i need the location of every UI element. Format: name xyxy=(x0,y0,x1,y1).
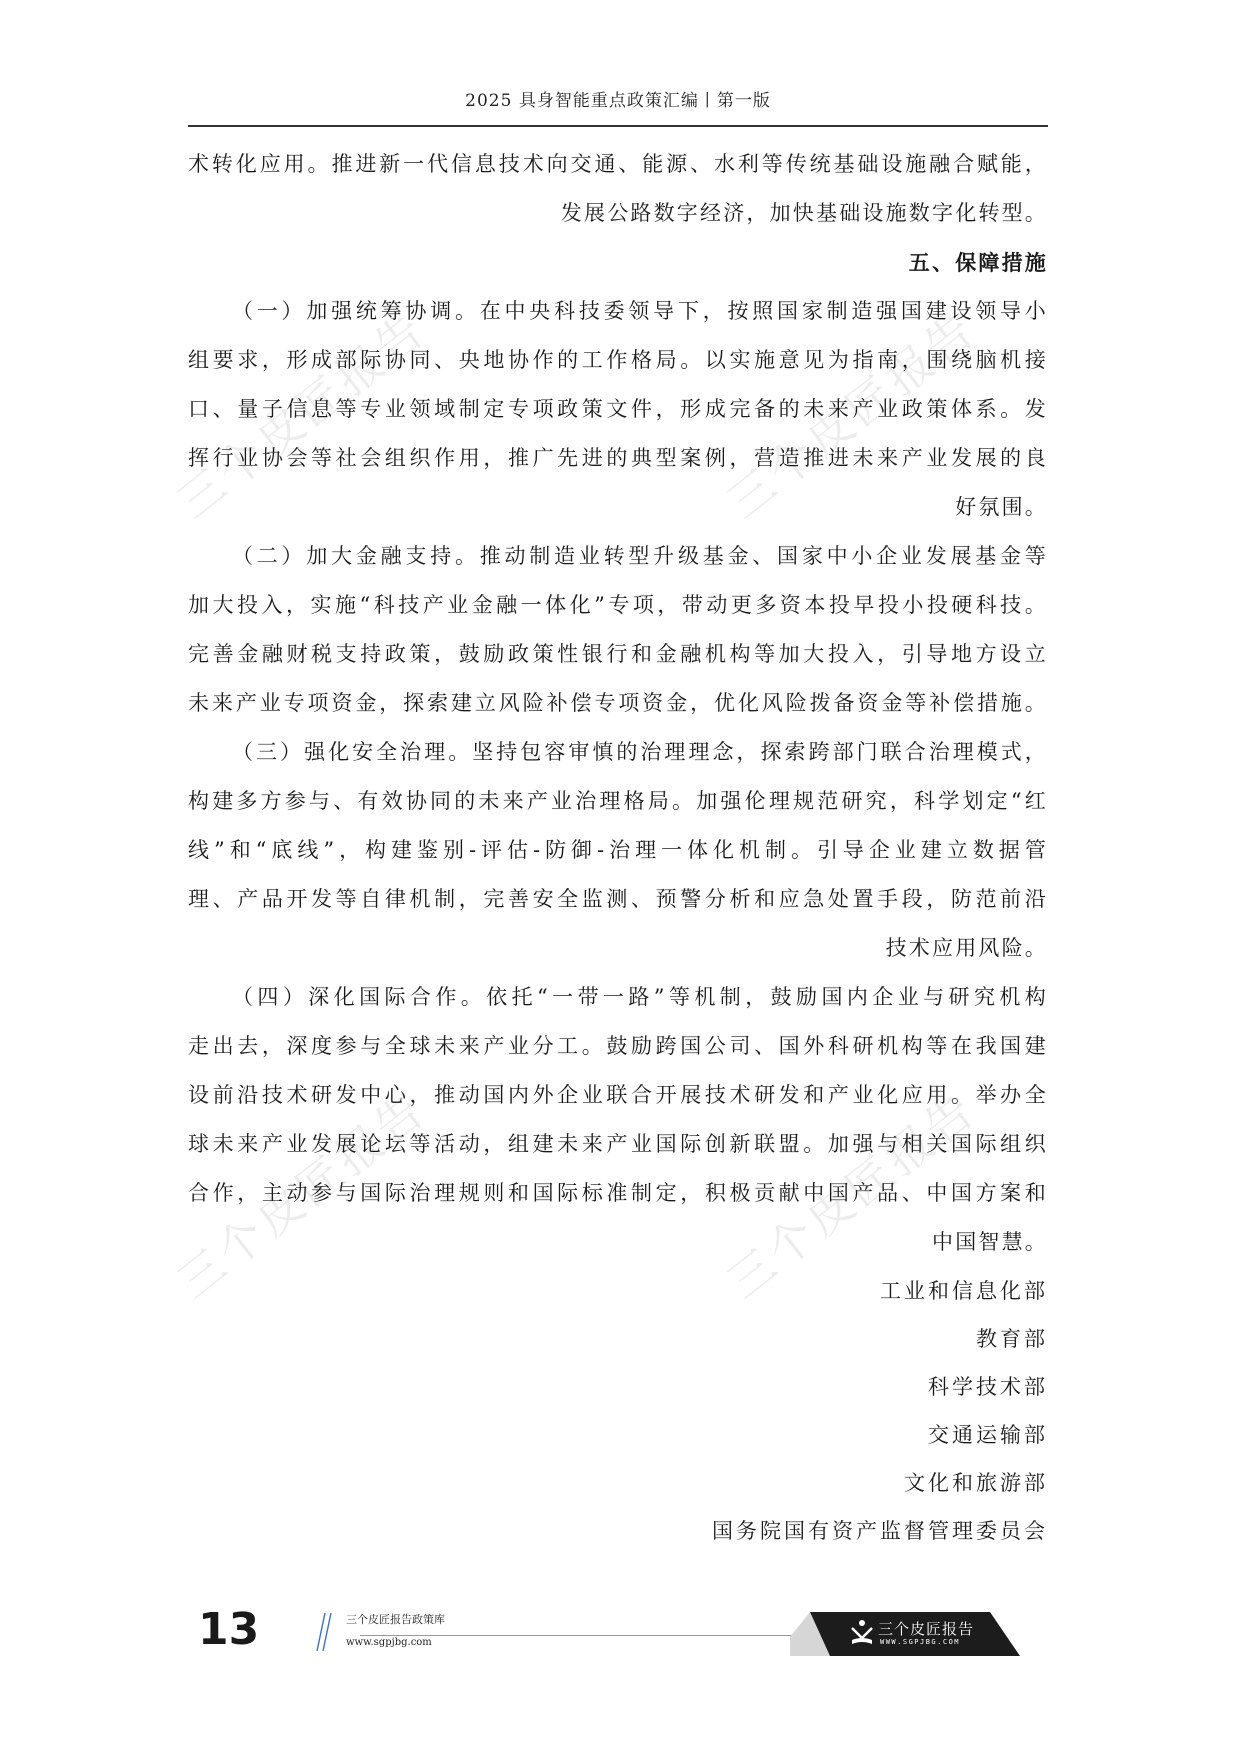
text-line: （四）深化国际合作。依托“一带一路”等机制，鼓励国内企业与研究机构 xyxy=(188,973,1048,1022)
running-header: 2025 具身智能重点政策汇编丨第一版 xyxy=(188,86,1048,111)
page-number: 13 xyxy=(198,1604,259,1655)
paragraph-finance: （二）加大金融支持。推动制造业转型升级基金、国家中小企业发展基金等 加大投入，实… xyxy=(188,532,1048,728)
signatory: 工业和信息化部 xyxy=(188,1267,1048,1315)
text-line: （一）加强统筹协调。在中央科技委领导下，按照国家制造强国建设领导小 xyxy=(188,287,1048,336)
text-line: 合作，主动参与国际治理规则和国际标准制定，积极贡献中国产品、中国方案和 xyxy=(188,1169,1048,1218)
paragraph-safety: （三）强化安全治理。坚持包容审慎的治理理念，探索跨部门联合治理模式， 构建多方参… xyxy=(188,728,1048,973)
text-line: 完善金融财税支持政策，鼓励政策性银行和金融机构等加大投入，引导地方设立 xyxy=(188,630,1048,679)
text-line: 口、量子信息等专业领域制定专项政策文件，形成完备的未来产业政策体系。发 xyxy=(188,385,1048,434)
header-divider xyxy=(188,125,1048,127)
document-body: 术转化应用。推进新一代信息技术向交通、能源、水利等传统基础设施融合赋能， 发展公… xyxy=(188,140,1048,1555)
text-line: 未来产业专项资金，探索建立风险补偿专项资金，优化风险拨备资金等补偿措施。 xyxy=(188,679,1048,728)
text-line: 走出去，深度参与全球未来产业分工。鼓励跨国公司、国外科研机构等在我国建 xyxy=(188,1022,1048,1071)
signatory: 交通运输部 xyxy=(188,1411,1048,1459)
signatory-list: 工业和信息化部 教育部 科学技术部 交通运输部 文化和旅游部 国务院国有资产监督… xyxy=(188,1267,1048,1555)
signatory: 国务院国有资产监督管理委员会 xyxy=(188,1507,1048,1555)
text-line: 理、产品开发等自律机制，完善安全监测、预警分析和应急处置手段，防范前沿 xyxy=(188,875,1048,924)
website-link[interactable]: www.sgpjbg.com xyxy=(346,1637,432,1648)
paragraph-coordination: （一）加强统筹协调。在中央科技委领导下，按照国家制造强国建设领导小 组要求，形成… xyxy=(188,287,1048,532)
text-line: 线”和“底线”，构建鉴别-评估-防御-治理一体化机制。引导企业建立数据管 xyxy=(188,826,1048,875)
text-line: 设前沿技术研发中心，推动国内外企业联合开展技术研发和产业化应用。举办全 xyxy=(188,1071,1048,1120)
text-line: 技术应用风险。 xyxy=(188,924,1048,973)
text-line: 中国智慧。 xyxy=(188,1218,1048,1267)
text-line: 组要求，形成部际协同、央地协作的工作格局。以实施意见为指南，围绕脑机接 xyxy=(188,336,1048,385)
text-line: 发展公路数字经济，加快基础设施数字化转型。 xyxy=(188,189,1048,238)
paragraph-international: （四）深化国际合作。依托“一带一路”等机制，鼓励国内企业与研究机构 走出去，深度… xyxy=(188,973,1048,1267)
text-line: 挥行业协会等社会组织作用，推广先进的典型案例，营造推进未来产业发展的良 xyxy=(188,434,1048,483)
text-line: （二）加大金融支持。推动制造业转型升级基金、国家中小企业发展基金等 xyxy=(188,532,1048,581)
brand-logo-icon xyxy=(850,1618,874,1646)
text-line: 球未来产业发展论坛等活动，组建未来产业国际创新联盟。加强与相关国际组织 xyxy=(188,1120,1048,1169)
brand-url: WWW.SGPJBG.COM xyxy=(880,1638,960,1646)
signatory: 教育部 xyxy=(188,1315,1048,1363)
signatory: 科学技术部 xyxy=(188,1363,1048,1411)
text-line: 好氛围。 xyxy=(188,483,1048,532)
text-line: （三）强化安全治理。坚持包容审慎的治理理念，探索跨部门联合治理模式， xyxy=(188,728,1048,777)
double-slash-icon xyxy=(316,1612,332,1652)
text-line: 构建多方参与、有效协同的未来产业治理格局。加强伦理规范研究，科学划定“红 xyxy=(188,777,1048,826)
text-line: 加大投入，实施“科技产业金融一体化”专项，带动更多资本投早投小投硬科技。 xyxy=(188,581,1048,630)
library-name: 三个皮匠报告政策库 xyxy=(346,1611,445,1627)
text-line: 术转化应用。推进新一代信息技术向交通、能源、水利等传统基础设施融合赋能， xyxy=(188,140,1048,189)
brand-name: 三个皮匠报告 xyxy=(878,1618,974,1639)
section-heading: 五、保障措施 xyxy=(188,238,1048,287)
signatory: 文化和旅游部 xyxy=(188,1459,1048,1507)
footer-divider xyxy=(360,1635,810,1636)
